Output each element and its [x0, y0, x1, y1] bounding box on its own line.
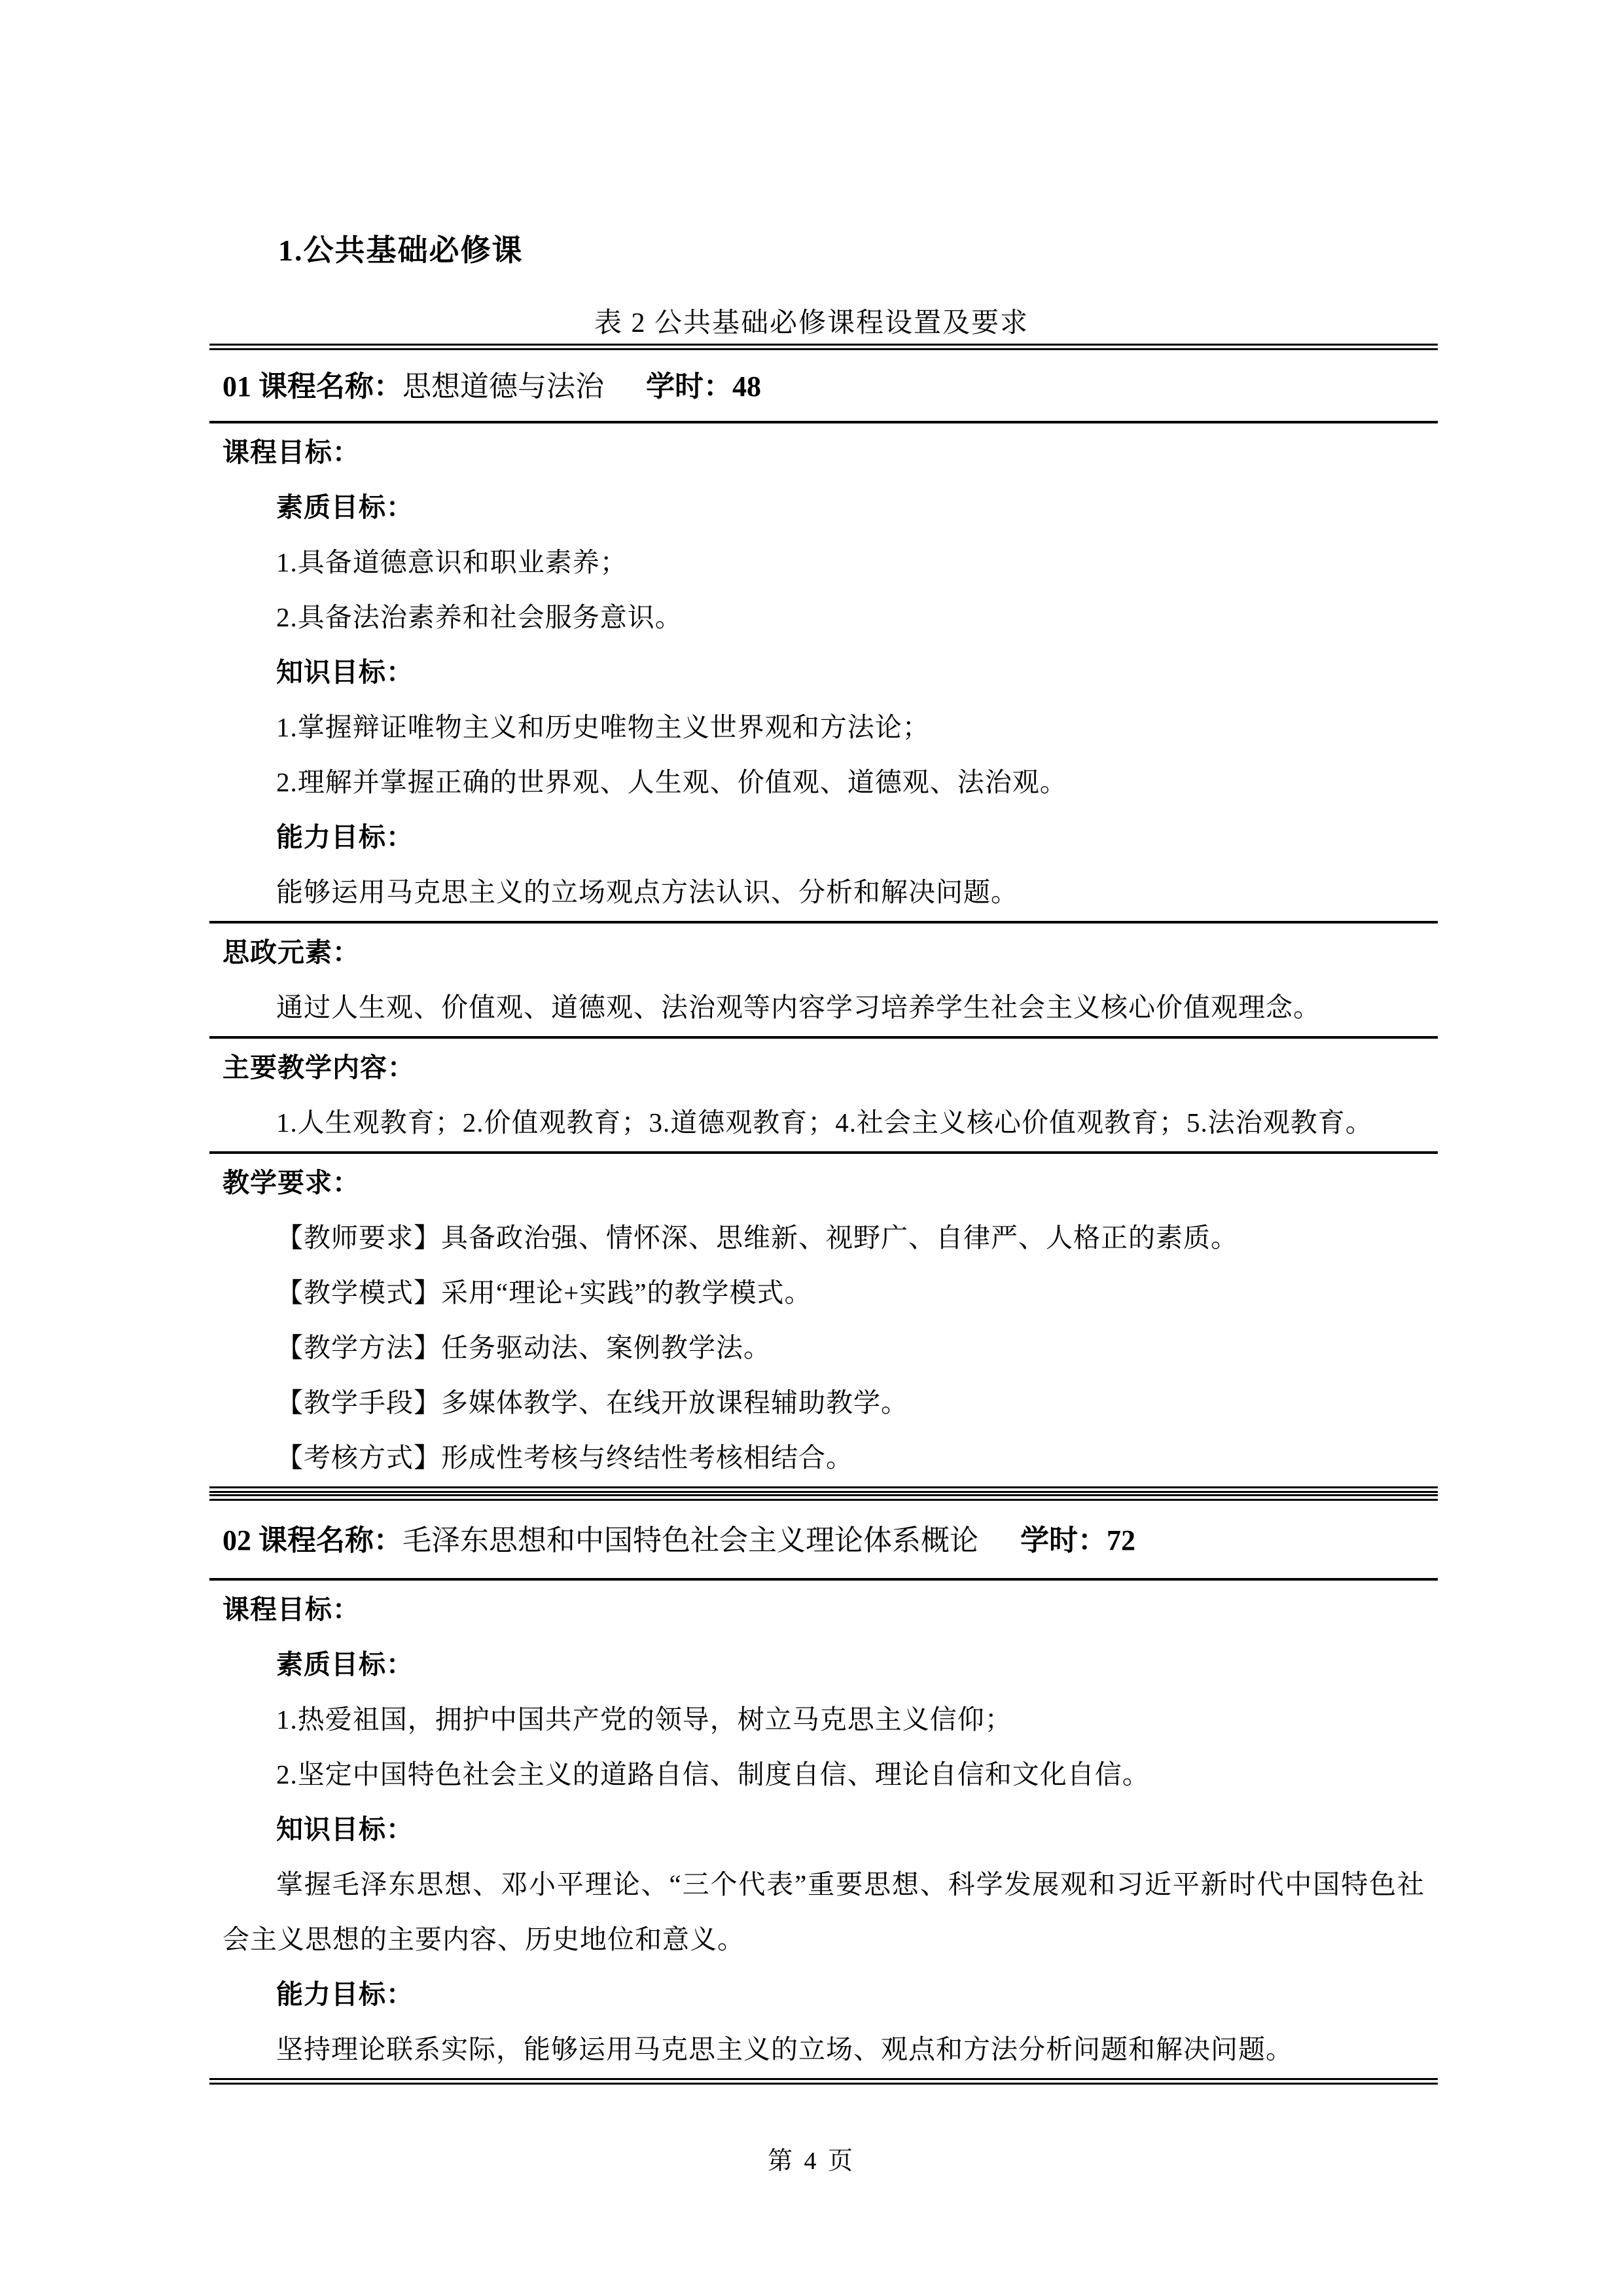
course-01-name: 思想道德与法治 — [402, 370, 604, 403]
table-caption: 表 2 公共基础必修课程设置及要求 — [0, 301, 1623, 340]
requirement-line: 【教学模式】采用“理论+实践”的教学模式。 — [223, 1265, 1425, 1320]
course-01-objectives-cell: 课程目标： 素质目标： 1.具备道德意识和职业素养； 2.具备法治素养和社会服务… — [209, 423, 1438, 924]
course-01-hours: 学时：48 — [646, 370, 761, 403]
teaching-content-label: 主要教学内容： — [223, 1040, 1425, 1095]
course-01-number-label: 01 课程名称： — [223, 370, 402, 403]
course-01-ideology-cell: 思政元素： 通过人生观、价值观、道德观、法治观等内容学习培养学生社会主义核心价值… — [209, 924, 1438, 1039]
teaching-content-text: 1.人生观教育；2.价值观教育；3.道德观教育；4.社会主义核心价值观教育；5.… — [223, 1095, 1425, 1150]
course-02-number-label: 02 课程名称： — [223, 1524, 402, 1556]
requirement-line: 【教学方法】任务驱动法、案例教学法。 — [223, 1320, 1425, 1375]
knowledge-goal-subheading: 知识目标： — [223, 645, 1425, 700]
course-02-objectives-cell: 课程目标： 素质目标： 1.热爱祖国，拥护中国共产党的领导，树立马克思主义信仰；… — [209, 1581, 1438, 2078]
goal-line: 2.具备法治素养和社会服务意识。 — [223, 590, 1425, 645]
goal-line: 能够运用马克思主义的立场观点方法认识、分析和解决问题。 — [223, 865, 1425, 920]
section-heading: 1.公共基础必修课 — [278, 226, 524, 270]
objectives-label: 课程目标： — [223, 1582, 1425, 1637]
course-02-table: 02 课程名称：毛泽东思想和中国特色社会主义理论体系概论学时：72 课程目标： … — [209, 1494, 1438, 2085]
goal-line: 1.具备道德意识和职业素养； — [223, 535, 1425, 590]
quality-goal-subheading: 素质目标： — [223, 1637, 1425, 1692]
ability-goal-subheading: 能力目标： — [223, 810, 1425, 865]
requirements-label: 教学要求： — [223, 1155, 1425, 1210]
course-01-requirements-cell: 教学要求： 【教师要求】具备政治强、情怀深、思维新、视野广、自律严、人格正的素质… — [209, 1154, 1438, 1486]
goal-line: 坚持理论联系实际，能够运用马克思主义的立场、观点和方法分析问题和解决问题。 — [223, 2022, 1425, 2077]
course-02-hours: 学时：72 — [1020, 1524, 1135, 1556]
ideology-label: 思政元素： — [223, 925, 1425, 980]
requirement-line: 【教师要求】具备政治强、情怀深、思维新、视野广、自律严、人格正的素质。 — [223, 1210, 1425, 1265]
goal-line: 2.理解并掌握正确的世界观、人生观、价值观、道德观、法治观。 — [223, 755, 1425, 810]
course-01-content-cell: 主要教学内容： 1.人生观教育；2.价值观教育；3.道德观教育；4.社会主义核心… — [209, 1039, 1438, 1154]
goal-line: 1.热爱祖国，拥护中国共产党的领导，树立马克思主义信仰； — [223, 1692, 1425, 1747]
requirement-line: 【教学手段】多媒体教学、在线开放课程辅助教学。 — [223, 1375, 1425, 1430]
ideology-text: 通过人生观、价值观、道德观、法治观等内容学习培养学生社会主义核心价值观理念。 — [223, 980, 1425, 1035]
course-01-header-row: 01 课程名称：思想道德与法治学时：48 — [209, 350, 1438, 423]
course-01-table: 01 课程名称：思想道德与法治学时：48 课程目标： 素质目标： 1.具备道德意… — [209, 344, 1438, 1493]
goal-paragraph: 掌握毛泽东思想、邓小平理论、“三个代表”重要思想、科学发展观和习近平新时代中国特… — [223, 1857, 1425, 1967]
goal-line: 2.坚定中国特色社会主义的道路自信、制度自信、理论自信和文化自信。 — [223, 1747, 1425, 1802]
page-number-footer: 第 4 页 — [0, 2140, 1623, 2176]
course-02-header-row: 02 课程名称：毛泽东思想和中国特色社会主义理论体系概论学时：72 — [209, 1501, 1438, 1581]
ability-goal-subheading: 能力目标： — [223, 1967, 1425, 2022]
objectives-label: 课程目标： — [223, 425, 1425, 480]
quality-goal-subheading: 素质目标： — [223, 480, 1425, 535]
goal-line: 1.掌握辩证唯物主义和历史唯物主义世界观和方法论； — [223, 700, 1425, 755]
knowledge-goal-subheading: 知识目标： — [223, 1802, 1425, 1857]
document-page: 1.公共基础必修课 表 2 公共基础必修课程设置及要求 01 课程名称：思想道德… — [0, 0, 1623, 2296]
course-02-name: 毛泽东思想和中国特色社会主义理论体系概论 — [402, 1524, 978, 1556]
requirement-line: 【考核方式】形成性考核与终结性考核相结合。 — [223, 1430, 1425, 1485]
